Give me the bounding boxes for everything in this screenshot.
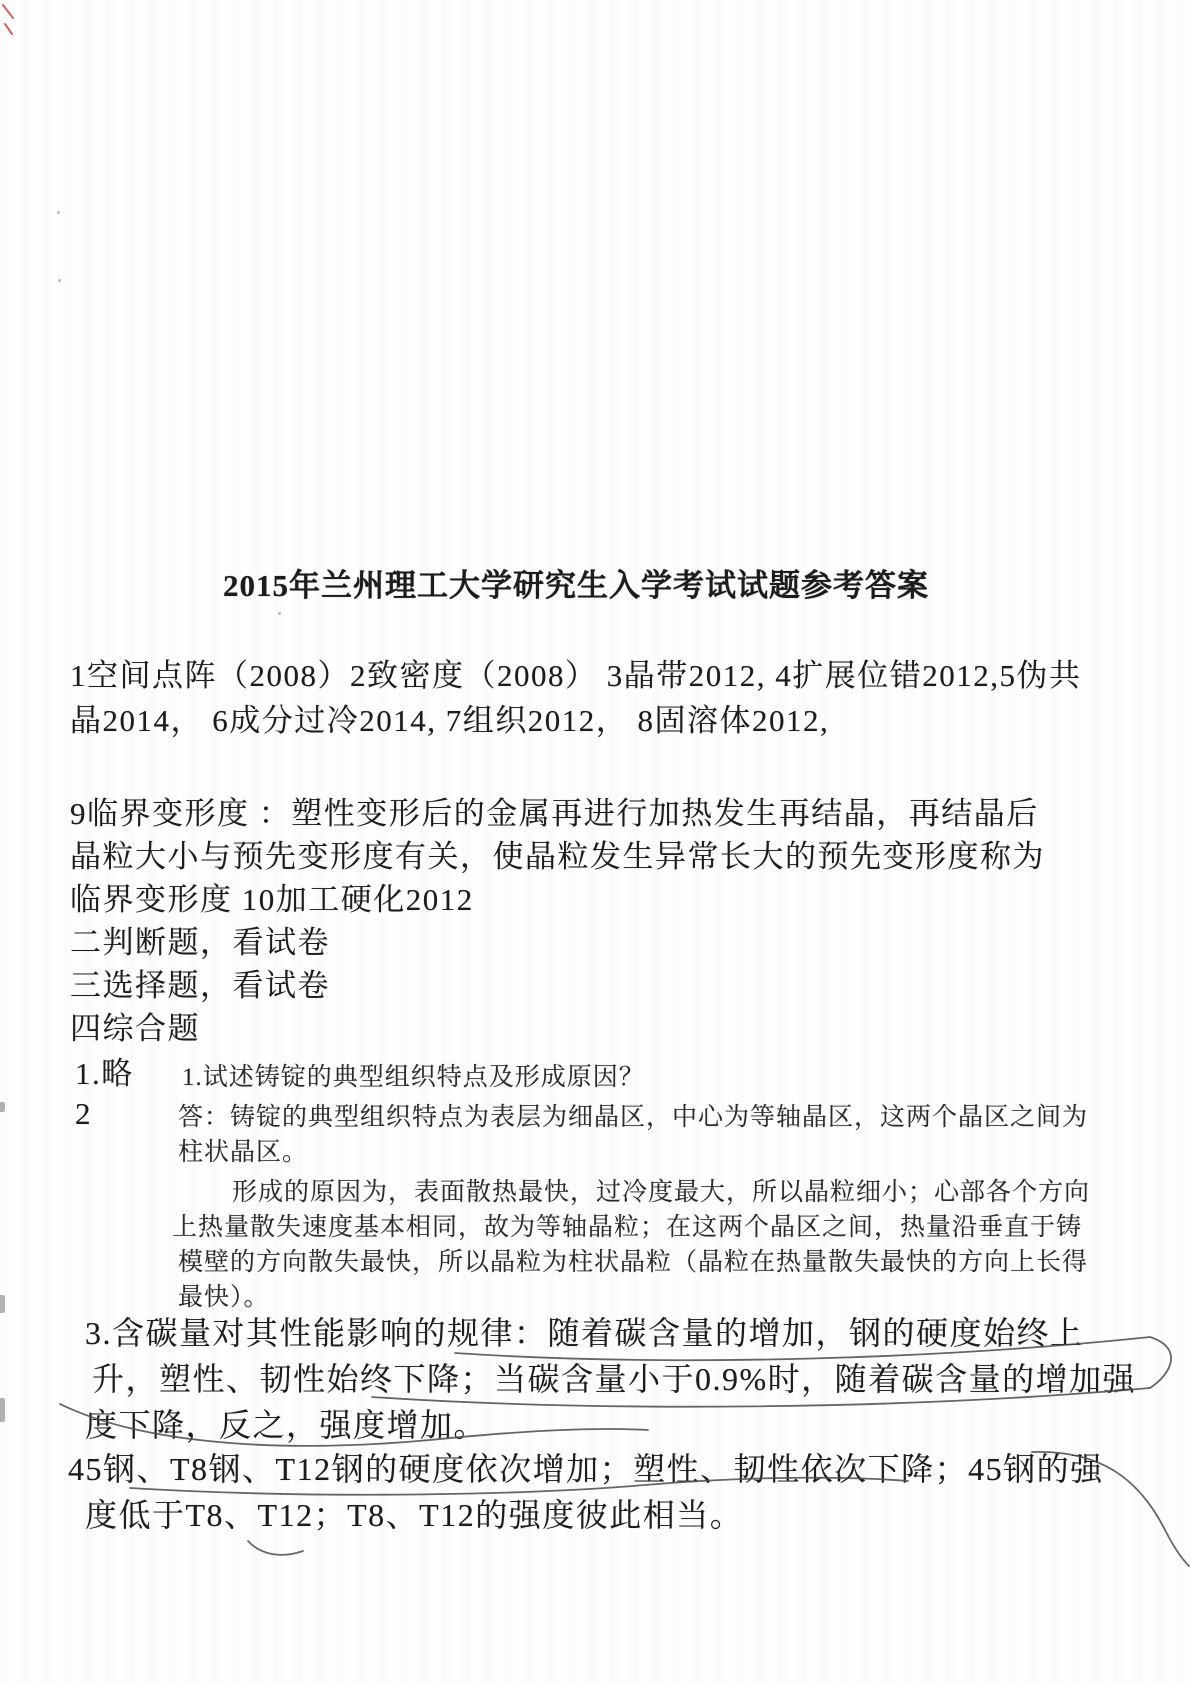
- red-pen-marks: [3, 5, 13, 34]
- underline-stroke-2: [1150, 1337, 1171, 1388]
- section-header-judgement: 二判断题，看试卷: [70, 917, 330, 962]
- scanned-exam-answer-page: 2015年兰州理工大学研究生入学考试试题参考答案 1空间点阵（2008）2致密度…: [0, 0, 1190, 1683]
- item-1-omitted: 1.略: [75, 1048, 134, 1093]
- scan-speck: [58, 279, 61, 282]
- page-title: 2015年兰州理工大学研究生入学考试试题参考答案: [0, 560, 1190, 605]
- red-mark-1: [3, 5, 13, 18]
- scan-edge-smudge: [0, 1102, 5, 1112]
- definition-line: 9临界变形度 ：塑性变形后的金属再进行加热发生再结晶，再结晶后: [70, 788, 1039, 833]
- terms-line: 1空间点阵（2008）2致密度（2008） 3晶带2012, 4扩展位错2012…: [70, 650, 1082, 695]
- scan-edge-smudge: [0, 1398, 5, 1422]
- definition-line: 临界变形度 10加工硬化2012: [70, 874, 474, 919]
- scan-speck: [57, 211, 60, 214]
- terms-line: 晶2014， 6成分过冷2014, 7组织2012， 8固溶体2012,: [70, 695, 829, 740]
- inset-answer-line: 上热量散失速度基本相同，故为等轴晶粒；在这两个晶区之间，热量沿垂直于铸: [172, 1207, 1082, 1243]
- inset-answer-line: 答：铸锭的典型组织特点为表层为细晶区，中心为等轴晶区，这两个晶区之间为: [178, 1097, 1088, 1133]
- underline-stroke-7: [248, 1541, 303, 1555]
- scan-speck: [836, 1124, 839, 1127]
- inset-answer-line: 形成的原因为，表面散热最快，过冷度最大，所以晶粒细小；心部各个方向: [232, 1172, 1090, 1208]
- inset-answer-line: 柱状晶区。: [178, 1132, 308, 1168]
- scan-speck: [642, 1322, 645, 1325]
- section-header-comprehensive: 四综合题: [70, 1003, 200, 1048]
- carbon-line: 升，塑性、韧性始终下降；当碳含量小于0.9%时，随着碳含量的增加强: [92, 1354, 1136, 1400]
- scan-speck: [278, 612, 281, 615]
- carbon-line: 度下降，反之，强度增加。: [85, 1400, 487, 1446]
- carbon-line: 度低于T8、T12；T8、T12的强度彼此相当。: [85, 1490, 743, 1536]
- item-2-number: 2: [75, 1096, 92, 1132]
- scan-edge-smudge: [0, 1295, 5, 1313]
- carbon-line: 3.含碳量对其性能影响的规律：随着碳含量的增加，钢的硬度始终上: [85, 1308, 1084, 1354]
- definition-line: 晶粒大小与预先变形度有关，使晶粒发生异常长大的预先变形度称为: [70, 831, 1045, 876]
- inset-question: 1.试述铸锭的典型组织特点及形成原因？: [182, 1057, 645, 1093]
- carbon-line: 45钢、T8钢、T12钢的硬度依次增加；塑性、韧性依次下降；45钢的强: [68, 1444, 1104, 1490]
- inset-answer-line: 模壁的方向散失最快，所以晶粒为柱状晶粒（晶粒在热量散失最快的方向上长得: [178, 1242, 1088, 1278]
- section-header-choice: 三选择题，看试卷: [70, 960, 330, 1005]
- red-mark-2: [5, 24, 12, 34]
